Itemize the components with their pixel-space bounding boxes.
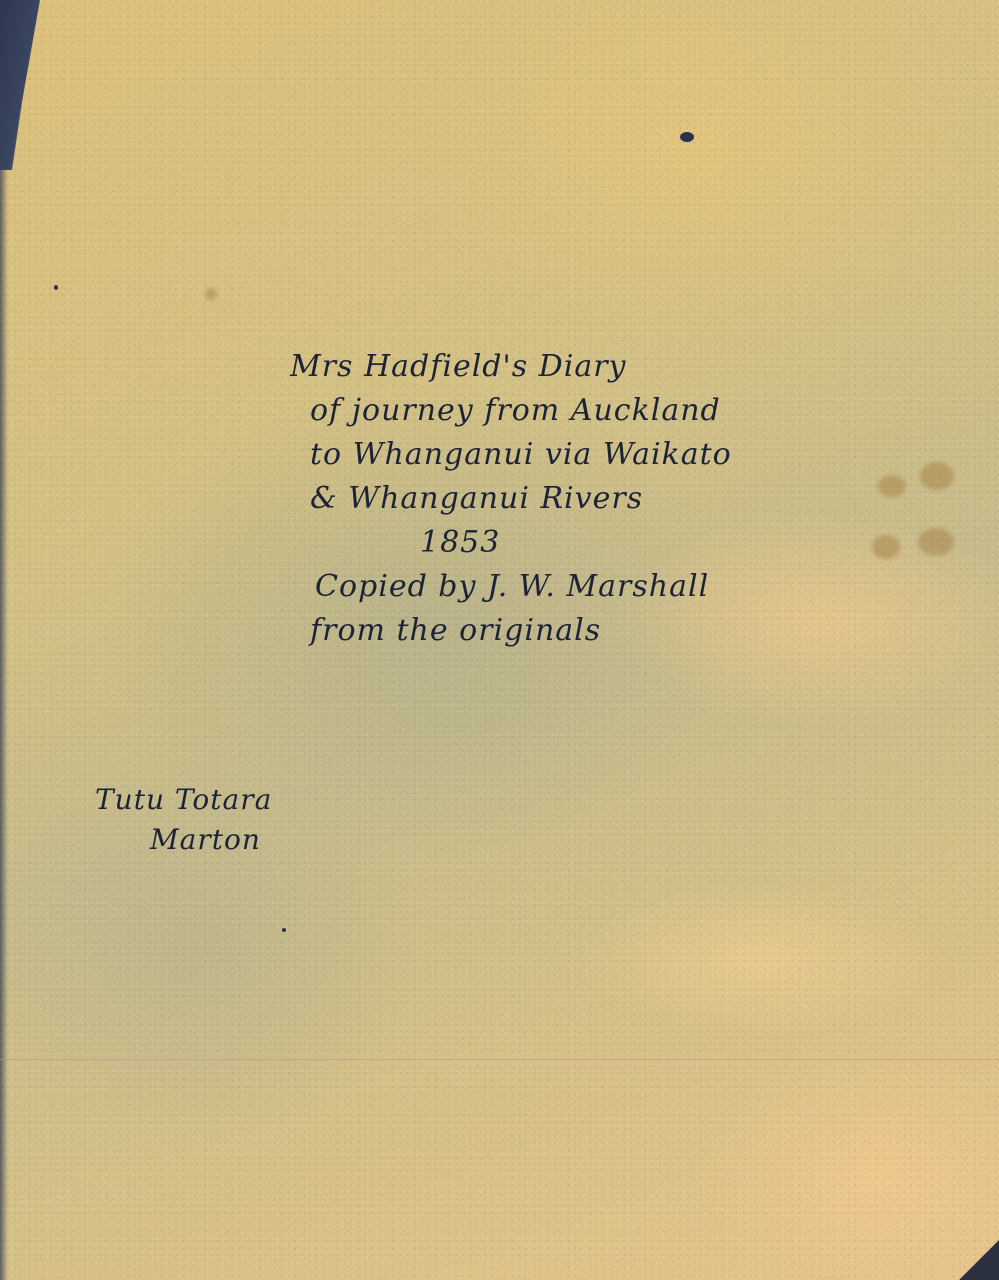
owner-name-line: Tutu Totara <box>95 780 272 820</box>
faint-ruled-line <box>0 1059 999 1060</box>
copyist-line: Copied by J. W. Marshall <box>315 565 732 609</box>
foxing-stain <box>205 288 217 300</box>
ink-spot <box>54 285 58 290</box>
foxing-stain <box>878 475 906 497</box>
title-line: to Whanganui via Waikato <box>310 433 732 477</box>
manuscript-page: Mrs Hadfield's Diary of journey from Auc… <box>0 0 999 1280</box>
title-line: of journey from Auckland <box>310 389 732 433</box>
ink-spot <box>680 132 694 142</box>
year-line: 1853 <box>420 521 732 565</box>
foxing-stain <box>920 462 954 490</box>
foxing-stain <box>872 535 900 559</box>
ink-spot <box>282 928 286 932</box>
owner-inscription: Tutu Totara Marton <box>95 780 272 860</box>
title-line: & Whanganui Rivers <box>310 477 732 521</box>
worn-left-edge <box>0 170 8 1280</box>
owner-place-line: Marton <box>150 820 272 860</box>
foxing-stain <box>918 528 954 556</box>
source-line: from the originals <box>310 609 732 653</box>
title-inscription: Mrs Hadfield's Diary of journey from Auc… <box>290 345 732 653</box>
title-line: Mrs Hadfield's Diary <box>290 345 732 389</box>
